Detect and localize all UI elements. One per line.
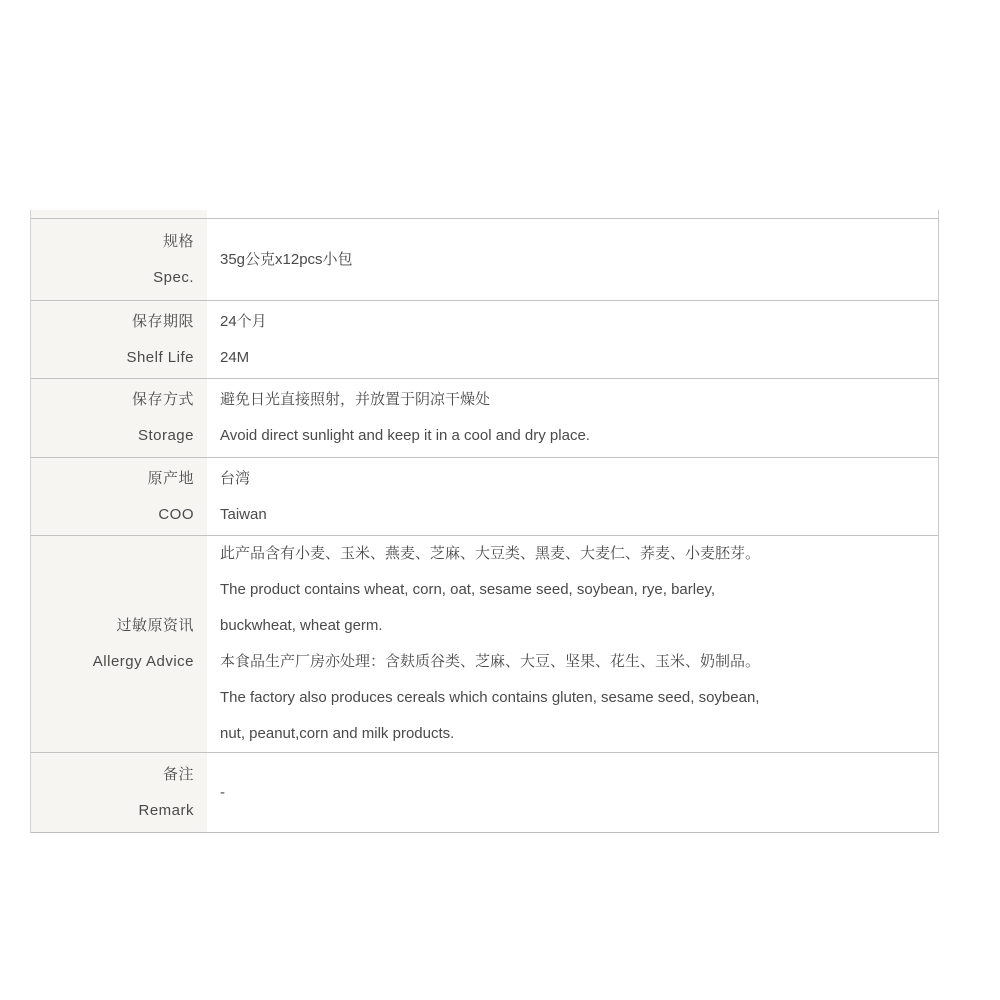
- row-label-cell: 保存期限Shelf Life: [31, 301, 207, 378]
- table-row: 过敏原资讯Allergy Advice此产品含有小麦、玉米、燕麦、芝麻、大豆类、…: [31, 535, 938, 752]
- row-value-line: 避免日光直接照射，并放置于阴凉干燥处: [220, 382, 938, 418]
- row-label-cell: 原产地COO: [31, 458, 207, 535]
- row-value-line: nut, peanut,corn and milk products.: [220, 716, 938, 752]
- row-value-cell: -: [207, 753, 938, 832]
- table-row: 备注Remark-: [31, 752, 938, 832]
- row-label-cell: [31, 210, 207, 218]
- row-label-cell: 规格Spec.: [31, 219, 207, 300]
- row-value-line: The factory also produces cereals which …: [220, 680, 938, 716]
- row-label-cell: 备注Remark: [31, 753, 207, 832]
- row-value-line: 此产品含有小麦、玉米、燕麦、芝麻、大豆类、黑麦、大麦仁、荞麦、小麦胚芽。: [220, 536, 938, 572]
- row-label-zh: 保存期限: [132, 304, 194, 340]
- row-value-cell: 此产品含有小麦、玉米、燕麦、芝麻、大豆类、黑麦、大麦仁、荞麦、小麦胚芽。The …: [207, 536, 938, 752]
- row-label-en: Shelf Life: [126, 340, 194, 376]
- row-label-zh: 规格: [163, 224, 194, 260]
- row-value-line: buckwheat, wheat germ.: [220, 608, 938, 644]
- row-value-line: 台湾: [220, 461, 938, 497]
- row-label-zh: 备注: [163, 757, 194, 793]
- row-label-zh: 过敏原资讯: [116, 608, 194, 644]
- row-label-en: Remark: [138, 793, 194, 829]
- row-value-cell: 24个月24M: [207, 301, 938, 378]
- row-label-en: COO: [158, 497, 194, 533]
- row-value-cell: [207, 210, 938, 218]
- table-row: 原产地COO台湾Taiwan: [31, 457, 938, 535]
- row-value-line: The product contains wheat, corn, oat, s…: [220, 572, 938, 608]
- row-value-cell: 35g公克x12pcs小包: [207, 219, 938, 300]
- page: 规格Spec.35g公克x12pcs小包保存期限Shelf Life24个月24…: [0, 0, 1000, 1000]
- table-row-clipped: [31, 210, 938, 218]
- row-value-line: 35g公克x12pcs小包: [220, 242, 938, 278]
- row-value-line: 24M: [220, 340, 938, 376]
- product-spec-table: 规格Spec.35g公克x12pcs小包保存期限Shelf Life24个月24…: [30, 210, 939, 833]
- row-value-line: Taiwan: [220, 497, 938, 533]
- row-value-line: 24个月: [220, 304, 938, 340]
- row-label-zh: 保存方式: [132, 382, 194, 418]
- row-value-line: Avoid direct sunlight and keep it in a c…: [220, 418, 938, 454]
- row-label-cell: 保存方式Storage: [31, 379, 207, 457]
- row-value-line: 本食品生产厂房亦处理：含麸质谷类、芝麻、大豆、坚果、花生、玉米、奶制品。: [220, 644, 938, 680]
- table-row: 保存方式Storage避免日光直接照射，并放置于阴凉干燥处Avoid direc…: [31, 378, 938, 457]
- row-label-en: Storage: [138, 418, 194, 454]
- row-label-zh: 原产地: [147, 461, 194, 497]
- table-row: 保存期限Shelf Life24个月24M: [31, 300, 938, 378]
- row-value-cell: 避免日光直接照射，并放置于阴凉干燥处Avoid direct sunlight …: [207, 379, 938, 457]
- row-label-en: Allergy Advice: [93, 644, 194, 680]
- row-label-en: Spec.: [153, 260, 194, 296]
- row-label-cell: 过敏原资讯Allergy Advice: [31, 536, 207, 752]
- table-row: 规格Spec.35g公克x12pcs小包: [31, 218, 938, 300]
- row-value-line: -: [220, 775, 938, 811]
- row-value-cell: 台湾Taiwan: [207, 458, 938, 535]
